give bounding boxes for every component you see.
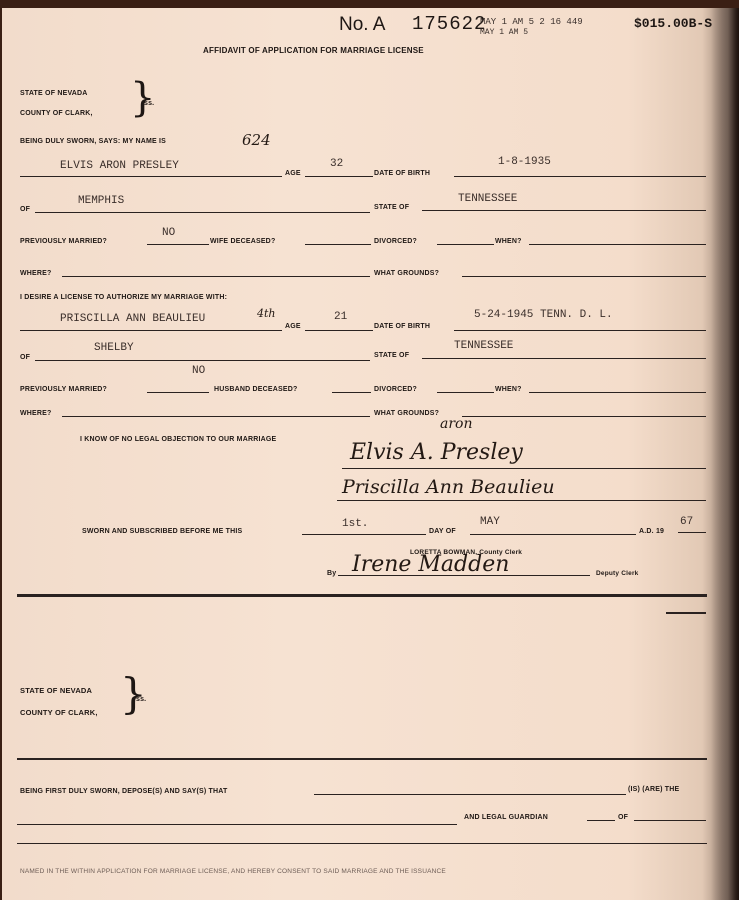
deceased-underline [305,244,371,245]
sworn-month-underline [470,534,636,535]
venue-state: STATE OF NEVADA [20,90,88,97]
venue-ss: ss. [144,100,154,107]
bride-signature-line [337,500,706,501]
groom-signature-line [342,468,706,469]
state-underline [422,210,706,211]
signature-note: aron [440,416,472,432]
husband-deceased-label: HUSBAND DECEASED? [214,386,298,393]
partner-divorced-label: DIVORCED? [374,386,417,393]
document-number: 175622 [412,13,486,35]
partner-prev-married-label: PREVIOUSLY MARRIED? [20,386,107,393]
venue-ss-2: ss. [136,696,146,703]
venue-county-2: COUNTY OF CLARK, [20,708,98,717]
sworn-subscribed-label: SWORN AND SUBSCRIBED BEFORE ME THIS [82,528,242,535]
partner-age-underline [305,330,373,331]
ad-label: A.D. 19 [639,528,664,535]
applicant-age: 32 [330,158,343,170]
sworn-day-underline [302,534,426,535]
of-label: OF [20,206,30,213]
applicant-dob: 1-8-1935 [498,156,551,168]
fee-amount: $015.00B-S [634,16,712,31]
venue-county: COUNTY OF CLARK, [20,110,93,117]
partner-state-label: STATE OF [374,352,409,359]
sworn-year-underline [678,532,706,533]
partner-grounds-underline [462,416,706,417]
by-label: By [327,570,336,577]
dob-underline [454,176,706,177]
partner-age-label: AGE [285,323,301,330]
bride-signature: Priscilla Ann Beaulieu [342,476,555,498]
sworn-day: 1st. [342,518,368,530]
page-edge-shadow [711,8,739,900]
partner-when-underline [529,392,706,393]
partner-name-underline [20,330,282,331]
partner-state: TENNESSEE [454,340,513,352]
divorced-underline [437,244,494,245]
partner-of-label: OF [20,354,30,361]
consent-rule-1 [17,758,707,760]
prev-married-underline [147,244,209,245]
no-objection-statement: I KNOW OF NO LEGAL OBJECTION TO OUR MARR… [80,436,276,443]
partner-divorced-underline [437,392,494,393]
partner-when-label: WHEN? [495,386,522,393]
applicant-name: ELVIS ARON PRESLEY [60,160,179,172]
document-title: AFFIDAVIT OF APPLICATION FOR MARRIAGE LI… [203,46,424,55]
partner-age: 21 [334,311,347,323]
grounds-label: WHAT GROUNDS? [374,270,439,277]
age-underline [305,176,373,177]
deputy-clerk-label: Deputy Clerk [596,570,639,577]
brace-icon: } [130,78,155,118]
partner-city-underline [35,360,370,361]
divorced-label: DIVORCED? [374,238,417,245]
desire-license-label: I DESIRE A LICENSE TO AUTHORIZE MY MARRI… [20,294,227,301]
consent-rule-2 [17,843,707,844]
guardian-underline [587,820,615,821]
grounds-underline [462,276,706,277]
wife-deceased-label: WIFE DECEASED? [210,238,275,245]
name-underline [20,176,282,177]
short-rule [666,612,706,614]
consent-of-underline [634,820,706,821]
where-label: WHERE? [20,270,52,277]
partner-city: SHELBY [94,342,134,354]
partner-dob: 5-24-1945 TENN. D. L. [474,309,613,321]
is-are-label: (IS) (ARE) THE [628,786,679,793]
relationship-underline [17,824,457,825]
state-label: STATE OF [374,204,409,211]
partner-grounds-label: WHAT GROUNDS? [374,410,439,417]
deputy-signature-line [338,575,590,576]
partner-where-underline [62,416,370,417]
legal-guardian-label: AND LEGAL GUARDIAN [464,814,548,821]
groom-signature: Elvis A. Presley [350,440,523,465]
applicant-state: TENNESSEE [458,193,517,205]
consent-of-label: OF [618,814,628,821]
deputy-signature: Irene Madden [352,552,509,577]
partner-prev-married: NO [192,365,205,377]
brace-icon-2: } [120,673,147,715]
partner-handwritten-note: 4th [257,307,276,320]
where-underline [62,276,370,277]
partner-state-underline [422,358,706,359]
day-of-label: DAY OF [429,528,456,535]
partner-prev-married-underline [147,392,209,393]
age-label: AGE [285,170,301,177]
marriage-license-affidavit: No. A 175622 MAY 1 AM 5 2 16 449 MAY 1 A… [2,8,739,900]
sworn-year: 67 [680,516,693,528]
section-divider [17,594,707,597]
prev-married-label: PREVIOUSLY MARRIED? [20,238,107,245]
partner-dob-label: DATE OF BIRTH [374,323,430,330]
time-stamp-overprint: MAY 1 AM 5 [480,28,528,37]
time-stamp: MAY 1 AM 5 2 16 449 [480,17,583,27]
document-number-label: No. A [339,14,385,36]
deponent-underline [314,794,626,795]
applicant-prev-married: NO [162,227,175,239]
dob-label: DATE OF BIRTH [374,170,430,177]
sworn-month: MAY [480,516,500,528]
venue-state-2: STATE OF NEVADA [20,686,92,695]
handwritten-note: 624 [242,131,271,149]
first-duly-sworn-label: BEING FIRST DULY SWORN, DEPOSE(S) AND SA… [20,788,228,795]
when-underline [529,244,706,245]
applicant-city: MEMPHIS [78,195,124,207]
partner-where-label: WHERE? [20,410,52,417]
consent-footer-text: NAMED IN THE WITHIN APPLICATION FOR MARR… [20,868,446,875]
partner-name: PRISCILLA ANN BEAULIEU [60,313,205,325]
when-label: WHEN? [495,238,522,245]
partner-dob-underline [454,330,706,331]
partner-deceased-underline [332,392,371,393]
city-underline [35,212,370,213]
sworn-name-label: BEING DULY SWORN, SAYS: MY NAME IS [20,138,166,145]
